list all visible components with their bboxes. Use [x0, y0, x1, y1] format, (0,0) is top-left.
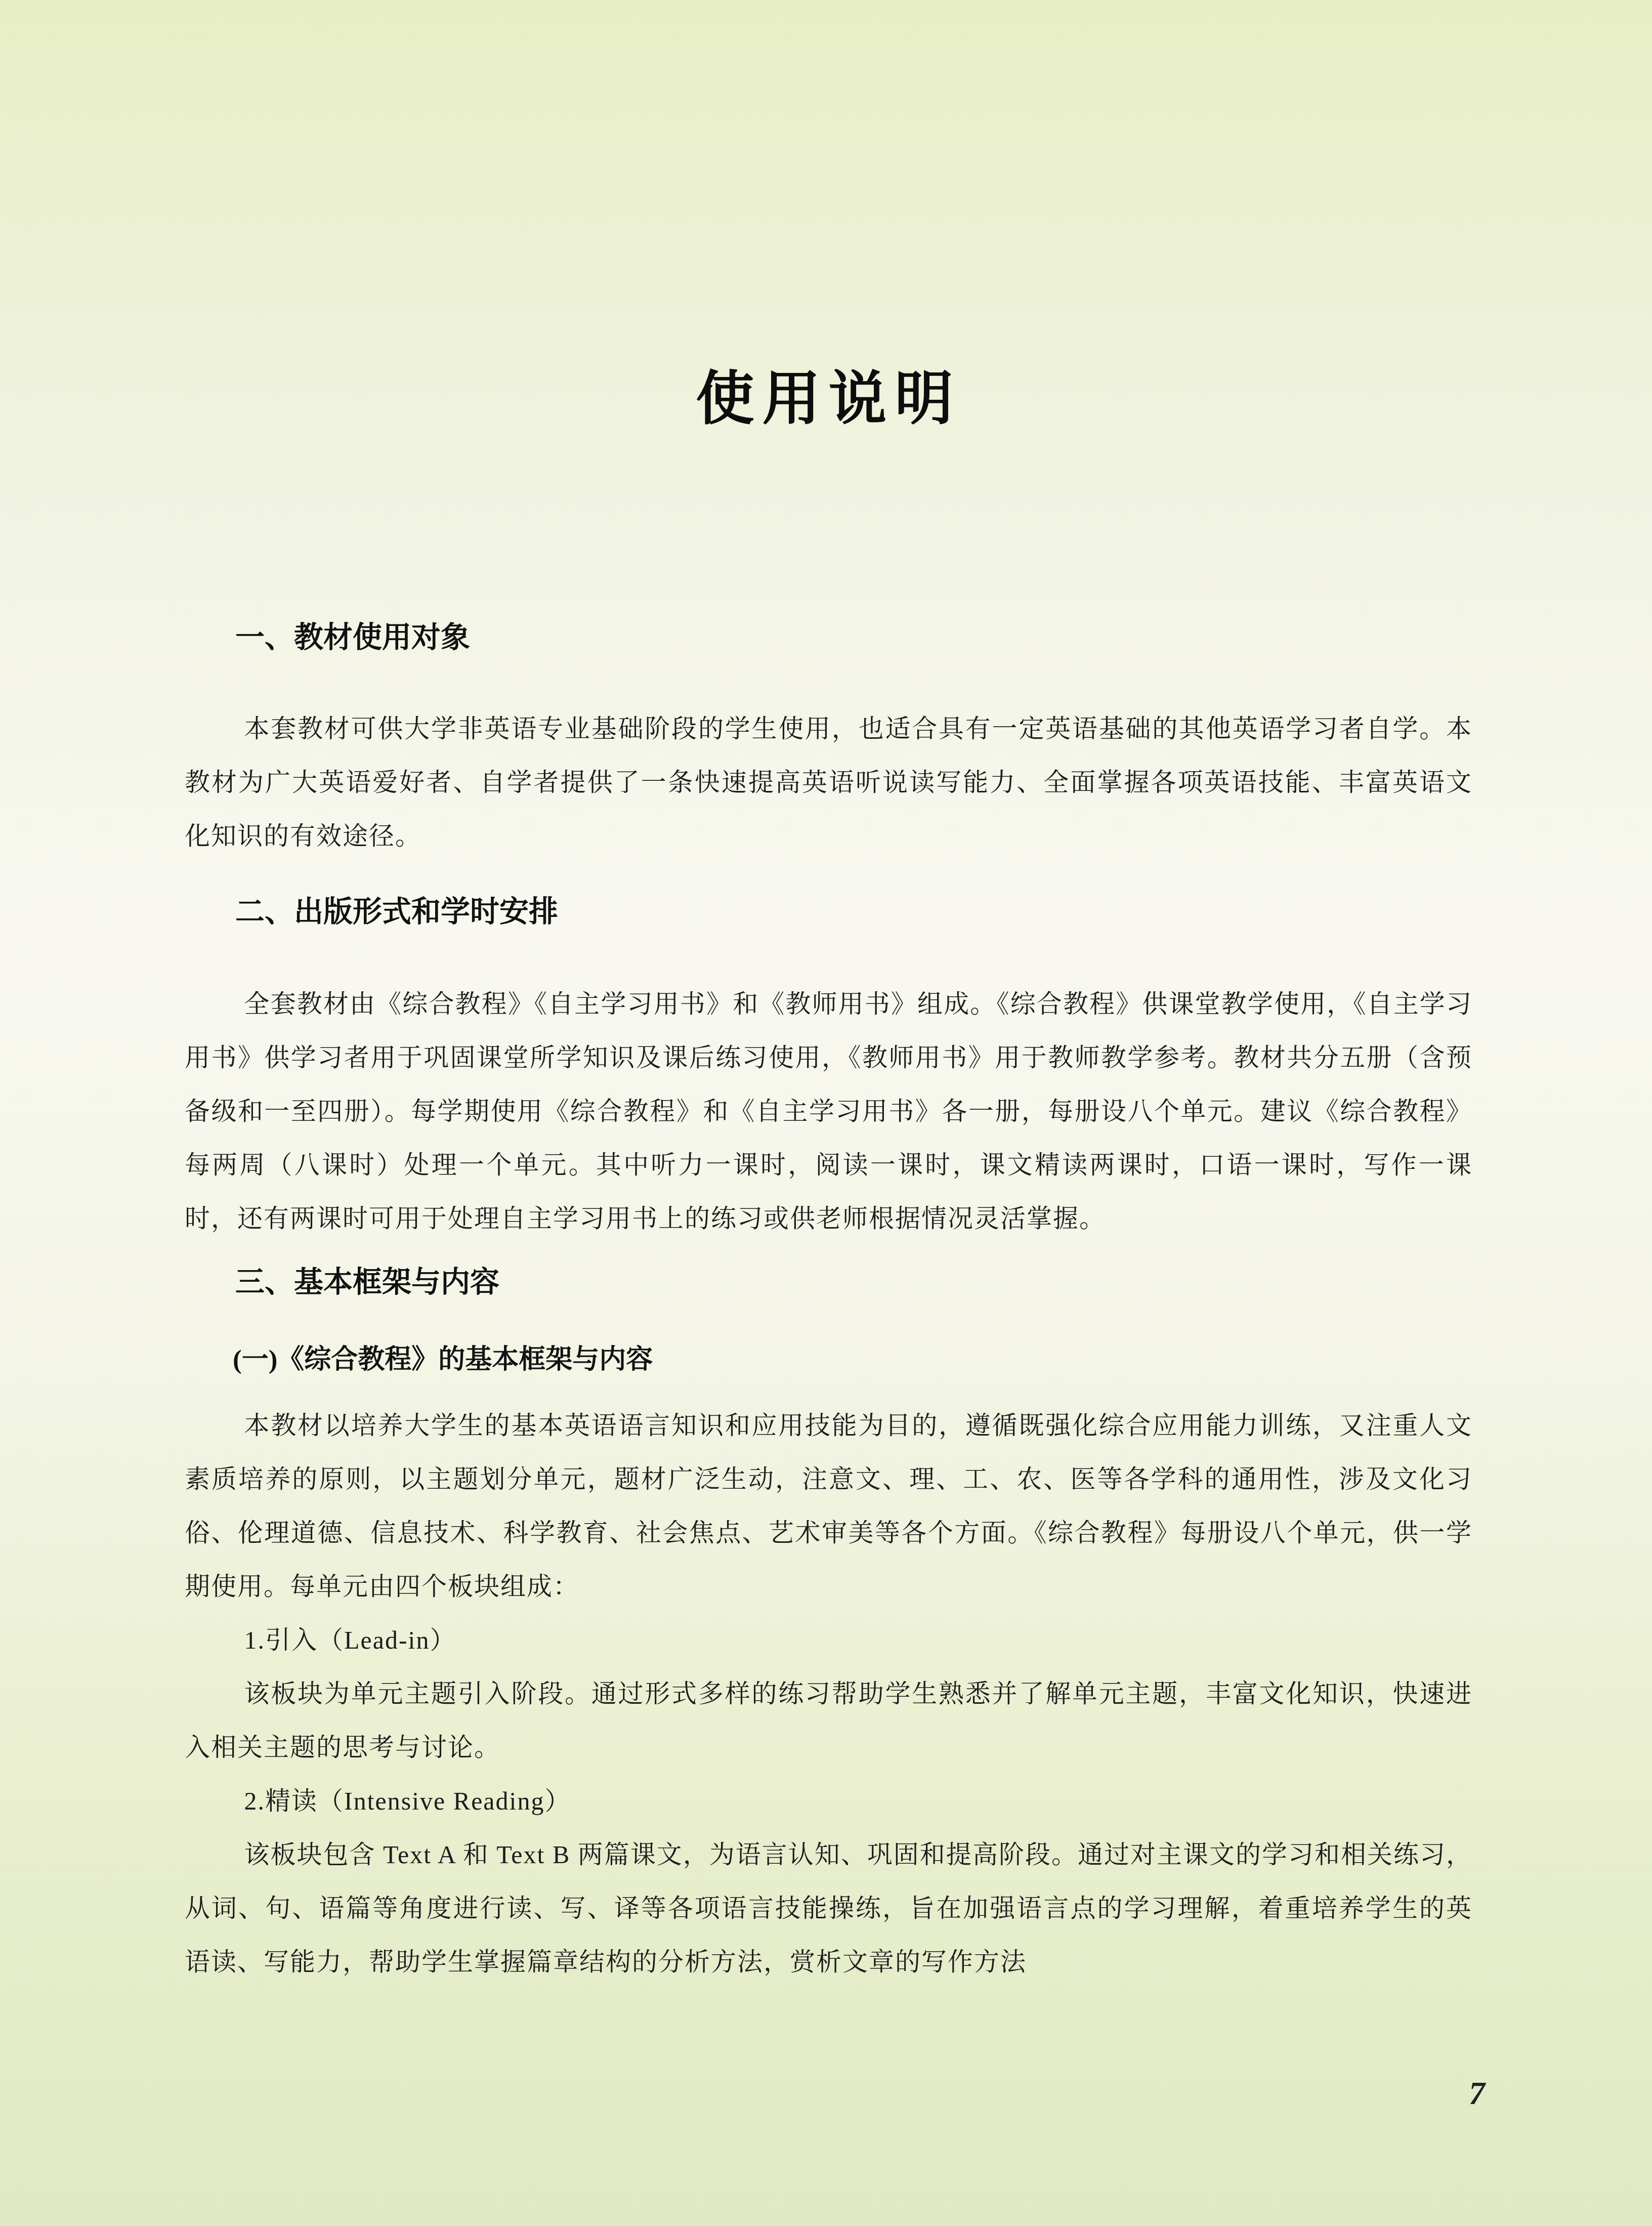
list-item-1-label: 1.引入（Lead-in） [185, 1613, 1472, 1667]
document-title: 使用说明 [185, 352, 1472, 435]
section-2-paragraph: 全套教材由《综合教程》《自主学习用书》和《教师用书》组成。《综合教程》供课堂教学… [185, 977, 1472, 1245]
list-item-1-body: 该板块为单元主题引入阶段。通过形式多样的练习帮助学生熟悉并了解单元主题，丰富文化… [185, 1667, 1472, 1774]
section-heading-1: 一、教材使用对象 [235, 620, 1472, 655]
section-1-paragraph: 本套教材可供大学非英语专业基础阶段的学生使用，也适合具有一定英语基础的其他英语学… [185, 702, 1472, 863]
list-item-2-label: 2.精读（Intensive Reading） [185, 1774, 1472, 1828]
page-number: 7 [1469, 2075, 1485, 2112]
section-3-subheading: (一)《综合教程》的基本框架与内容 [233, 1343, 1472, 1376]
section-3-paragraph: 本教材以培养大学生的基本英语语言知识和应用技能为目的，遵循既强化综合应用能力训练… [185, 1399, 1472, 1613]
section-heading-2: 二、出版形式和学时安排 [235, 894, 1472, 930]
document-page: 使用说明 一、教材使用对象 本套教材可供大学非英语专业基础阶段的学生使用，也适合… [0, 0, 1652, 2226]
list-item-2-body: 该板块包含 Text A 和 Text B 两篇课文，为语言认知、巩固和提高阶段… [185, 1828, 1472, 1989]
section-heading-3: 三、基本框架与内容 [235, 1265, 1472, 1300]
